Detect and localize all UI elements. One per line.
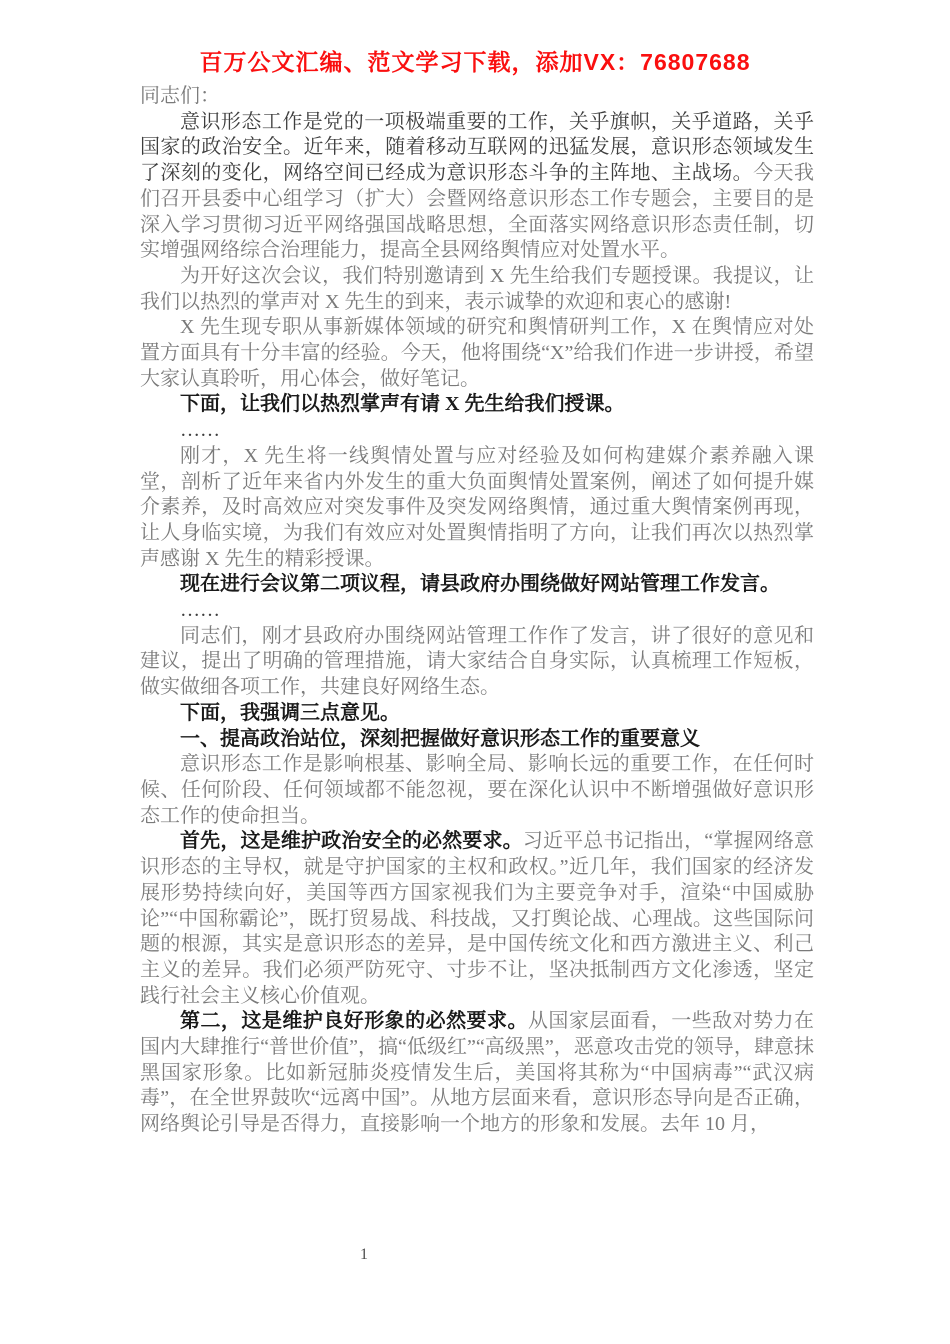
text-run: 意识形态工作是影响根基、影响全局、影响长远的重要工作，在任何时候、任何阶段、任何…: [140, 753, 814, 826]
text-run: X 先生现专职从事新媒体领域的研究和舆情研判工作，X 在舆情应对处置方面具有十分…: [140, 316, 814, 389]
heading-point-one: 一、提高政治站位，深刻把握做好意识形态工作的重要意义: [140, 727, 814, 753]
paragraph-lecture-summary: 刚才，X 先生将一线舆情处置与应对经验及如何构建媒介素养融入课堂，剖析了近年来省…: [140, 444, 814, 573]
promo-header-notice: 百万公文汇编、范文学习下载，添加VX：76807688: [0, 44, 950, 77]
text-run: 习近平总书记指出，“掌握网络意识形态的主导权，就是守护国家的主权和政权。”近几年…: [140, 830, 814, 1006]
paragraph-welcome: 为开好这次会议，我们特别邀请到 X 先生给我们专题授课。我提议，让我们以热烈的掌…: [140, 264, 814, 315]
text-run: 现在进行会议第二项议程，请县政府办围绕做好网站管理工作发言。: [180, 573, 780, 595]
text-run: 意识形态工作是党的一项极端重要的工作，关乎旗帜，关乎道路，关乎国家的政治安全。近…: [140, 111, 814, 184]
paragraph-speech-feedback: 同志们，刚才县政府办围绕网站管理工作作了发言，讲了很好的意见和建议，提出了明确的…: [140, 624, 814, 701]
text-run: 首先，这是维护政治安全的必然要求。: [180, 830, 523, 852]
text-run: 同志们：: [140, 85, 220, 107]
text-run: 下面，我强调三点意见。: [180, 702, 400, 724]
salutation: 同志们：: [140, 84, 814, 110]
paragraph-ellipsis: ……: [140, 598, 814, 624]
text-run: 第二，这是维护良好形象的必然要求。: [180, 1010, 528, 1032]
paragraph-secondly: 第二，这是维护良好形象的必然要求。从国家层面看，一些敌对势力在国内大肆推行“普世…: [140, 1009, 814, 1138]
text-run: ……: [180, 599, 220, 621]
paragraph-second-agenda: 现在进行会议第二项议程，请县政府办围绕做好网站管理工作发言。: [140, 572, 814, 598]
paragraph-invite-lecture: 下面，让我们以热烈掌声有请 X 先生给我们授课。: [140, 392, 814, 418]
paragraph-guest-intro: X 先生现专职从事新媒体领域的研究和舆情研判工作，X 在舆情应对处置方面具有十分…: [140, 315, 814, 392]
paragraph-ellipsis: ……: [140, 418, 814, 444]
document-body: 同志们： 意识形态工作是党的一项极端重要的工作，关乎旗帜，关乎道路，关乎国家的政…: [140, 84, 814, 1138]
paragraph-firstly: 首先，这是维护政治安全的必然要求。习近平总书记指出，“掌握网络意识形态的主导权，…: [140, 829, 814, 1009]
text-run: 为开好这次会议，我们特别邀请到 X 先生给我们专题授课。我提议，让我们以热烈的掌…: [140, 265, 814, 313]
text-run: ……: [180, 419, 220, 441]
document-page: 百万公文汇编、范文学习下载，添加VX：76807688 同志们： 意识形态工作是…: [0, 0, 950, 1344]
paragraph-three-points-lead: 下面，我强调三点意见。: [140, 701, 814, 727]
text-run: 同志们，刚才县政府办围绕网站管理工作作了发言，讲了很好的意见和建议，提出了明确的…: [140, 625, 814, 698]
paragraph-opening: 意识形态工作是党的一项极端重要的工作，关乎旗帜，关乎道路，关乎国家的政治安全。近…: [140, 110, 814, 264]
page-number: 1: [352, 1246, 376, 1264]
text-run: 下面，让我们以热烈掌声有请 X 先生给我们授课。: [180, 393, 624, 415]
text-run: 刚才，X 先生将一线舆情处置与应对经验及如何构建媒介素养融入课堂，剖析了近年来省…: [140, 445, 814, 570]
text-run: 一、提高政治站位，深刻把握做好意识形态工作的重要意义: [180, 728, 700, 750]
paragraph-point-one-body: 意识形态工作是影响根基、影响全局、影响长远的重要工作，在任何时候、任何阶段、任何…: [140, 752, 814, 829]
